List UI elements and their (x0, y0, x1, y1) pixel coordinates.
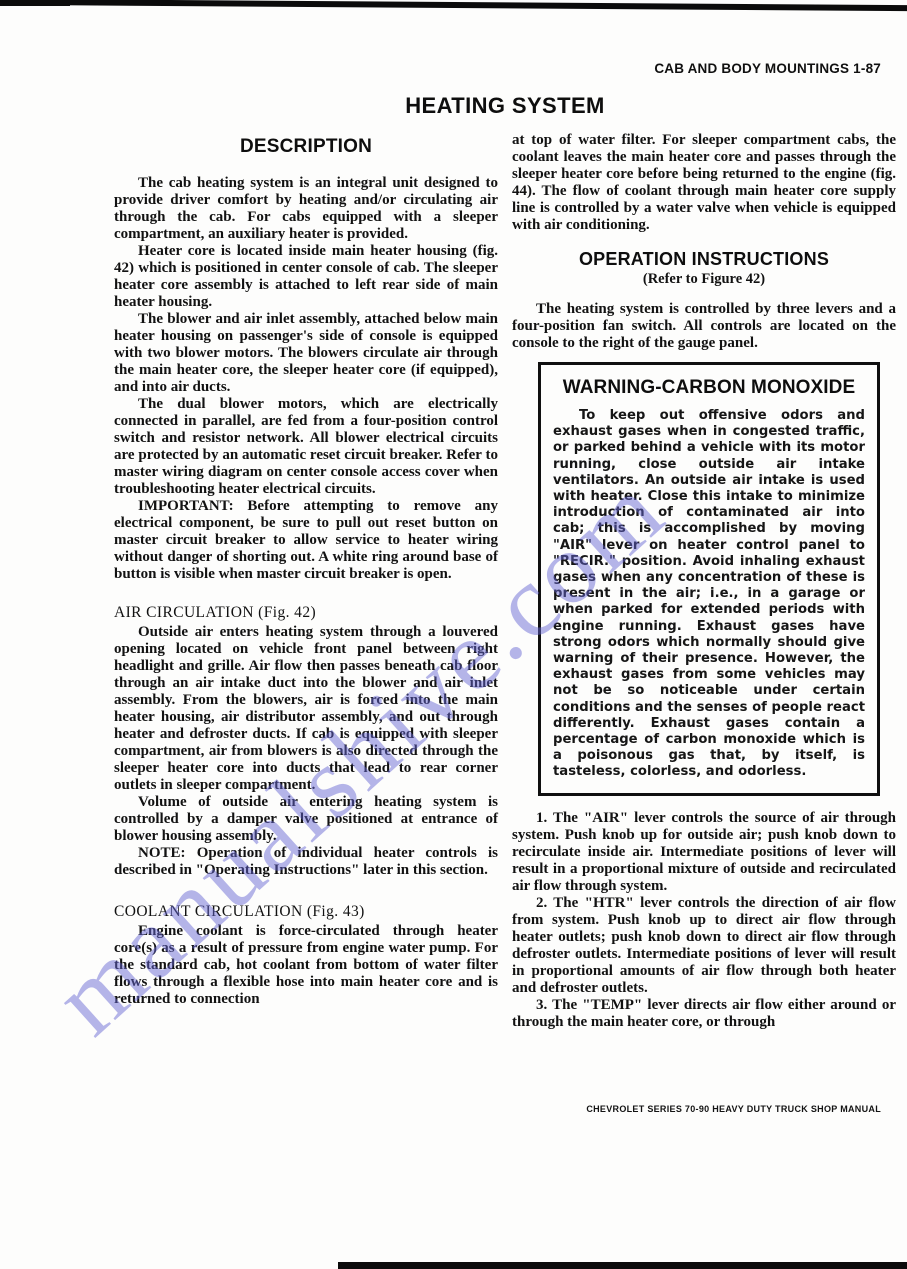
air-circulation-heading: AIR CIRCULATION (Fig. 42) (114, 604, 498, 622)
two-column-layout: DESCRIPTION The cab heating system is an… (114, 132, 896, 1031)
operation-instructions-heading: OPERATION INSTRUCTIONS (512, 249, 896, 270)
warning-box-body: To keep out offensive odors and exhaust … (553, 408, 865, 781)
body-paragraph: Heater core is located inside main heate… (114, 243, 498, 311)
body-paragraph: The blower and air inlet assembly, attac… (114, 311, 498, 396)
page-footer: CHEVROLET SERIES 70-90 HEAVY DUTY TRUCK … (505, 1104, 881, 1114)
description-heading: DESCRIPTION (114, 136, 498, 158)
body-paragraph: Volume of outside air entering heating s… (114, 794, 498, 845)
scan-artifact-top-left (0, 0, 70, 6)
body-paragraph: The cab heating system is an integral un… (114, 175, 498, 243)
body-paragraph: IMPORTANT: Before attempting to remove a… (114, 498, 498, 583)
body-paragraph: The dual blower motors, which are electr… (114, 396, 498, 498)
coolant-circulation-heading: COOLANT CIRCULATION (Fig. 43) (114, 903, 498, 921)
warning-box-title: WARNING-CARBON MONOXIDE (553, 377, 865, 399)
scan-artifact-bottom-bar (338, 1262, 907, 1269)
numbered-item: 1. The "AIR" lever controls the source o… (512, 810, 896, 895)
numbered-item: 3. The "TEMP" lever directs air flow eit… (512, 997, 896, 1031)
warning-box: WARNING-CARBON MONOXIDE To keep out offe… (538, 362, 880, 796)
page-title: HEATING SYSTEM (114, 93, 896, 119)
body-paragraph: at top of water filter. For sleeper comp… (512, 132, 896, 234)
numbered-item: 2. The "HTR" lever controls the directio… (512, 895, 896, 997)
right-column: at top of water filter. For sleeper comp… (512, 132, 896, 1031)
left-column: DESCRIPTION The cab heating system is an… (114, 132, 498, 1031)
operation-instructions-subheading: (Refer to Figure 42) (512, 271, 896, 288)
body-paragraph: Engine coolant is force-circulated throu… (114, 923, 498, 1008)
body-paragraph: Outside air enters heating system throug… (114, 624, 498, 794)
scan-artifact-top-bar (0, 0, 907, 11)
body-paragraph: NOTE: Operation of individual heater con… (114, 845, 498, 879)
page-header: CAB AND BODY MOUNTINGS 1-87 (505, 61, 881, 76)
body-paragraph: The heating system is controlled by thre… (512, 301, 896, 352)
